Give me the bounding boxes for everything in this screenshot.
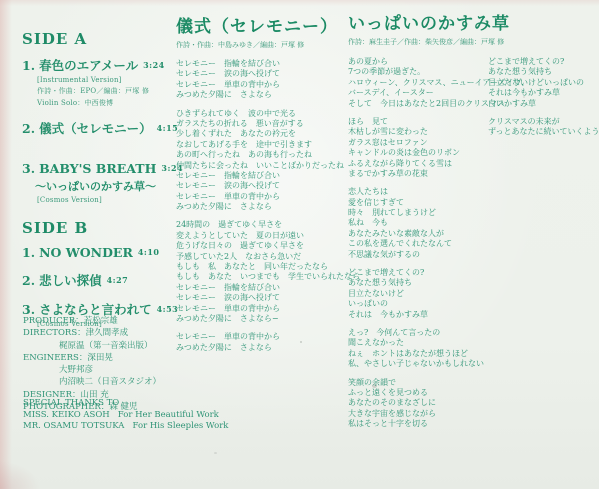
lyric-line: そして 今日はあなたと2回目のクリスマス — [348, 99, 493, 109]
lyric-line: あなた想う気持ち — [488, 67, 599, 77]
lyric-line: それは今もかすみ草 — [488, 88, 599, 98]
lyric-line: 変えようとしていた 夏の日が遠い — [176, 231, 348, 241]
special-thanks: SPECIAL THANKS TOMISS. KEIKO ASOH For He… — [23, 398, 253, 433]
song-ceremony-credit: 作詩・作曲：中島みゆき／編曲：戸塚 修 — [176, 40, 348, 50]
lyric-line: なおしてあげる手を 途中で引きます — [176, 140, 348, 150]
track-time: 4:53 — [157, 304, 179, 314]
track-item: 1.春色のエアメール3:24 — [22, 56, 174, 74]
lyric-line: 予感していた2人 なおさら急いだ — [176, 252, 348, 262]
lyric-line: 愛を信じすぎて — [348, 198, 493, 208]
lyric-line — [348, 320, 493, 328]
scan-edge-tint-top — [0, 0, 599, 6]
lyric-line: あの夏から — [348, 57, 493, 67]
lyric-line: えっ? 今何んて言ったの — [348, 328, 493, 338]
lyric-line: ふっと遠くを見つめる — [348, 388, 493, 398]
lyric-line: ハロウィーン、クリスマス、ニューイアーズイヴ、 — [348, 78, 493, 88]
credit-role: DIRECTORS： — [23, 328, 86, 338]
side-a-heading: SIDE A — [22, 30, 174, 48]
track-number: 2. — [22, 273, 35, 288]
track-item: 1.NO WONDER4:10 — [22, 245, 174, 260]
lyric-line: セレモニー 単車の背中から — [176, 332, 348, 342]
track-title: BABY'S BREATH — [39, 161, 156, 176]
side-b-heading: SIDE B — [22, 219, 174, 237]
track-version-note: [Cosmos Version] — [37, 196, 174, 204]
special-thanks-line: MISS. KEIKO ASOH For Her Beautiful Work — [23, 410, 253, 422]
track-number: 1. — [22, 58, 35, 73]
lyric-line: セレモニー 涙の海へ投げて — [176, 69, 348, 79]
song-ceremony-lyrics: セレモニー 指輪を結び合いセレモニー 涙の海へ投げてセレモニー 単車の背中からみ… — [176, 59, 348, 353]
song-kasumi-title: いっぱいのかすみ草 — [348, 9, 598, 34]
lyric-line — [176, 101, 348, 109]
song-ceremony: 儀式（セレモニー） 作詩・作曲：中島みゆき／編曲：戸塚 修 セレモニー 指輪を結… — [176, 12, 348, 353]
track-title: 儀式（セレモニー） — [39, 121, 152, 136]
lyric-line: みつめた夕陽に さよなら− — [176, 314, 348, 324]
tracklist: SIDE A 1.春色のエアメール3:24 [Instrumental Vers… — [22, 30, 174, 328]
song-ceremony-title: 儀式（セレモニー） — [176, 12, 348, 37]
lyric-line: 私、やさしい子じゃないかもしれない — [348, 359, 493, 369]
lyric-line: あなた想う気持ち — [348, 278, 493, 288]
track-item: 2.悲しい探偵4:27 — [22, 271, 174, 289]
credit-name: 津久間孝成 — [86, 328, 129, 338]
lyric-line: ほら 見て — [348, 117, 493, 127]
track-time: 3:24 — [143, 60, 165, 70]
lyric-line: 恋人たちは — [348, 187, 493, 197]
lyric-line: 白いかすみ草 — [488, 99, 599, 109]
track-time: 4:27 — [107, 275, 129, 285]
lyric-line — [348, 370, 493, 378]
lyric-line: ふるえながら降りてくる雪は — [348, 159, 493, 169]
lyric-line: ガラス窓はセロファン — [348, 138, 493, 148]
track-item: 3.BABY'S BREATH3:24 — [22, 161, 174, 176]
track-title: 春色のエアメール — [39, 58, 138, 73]
scan-corner-tint — [0, 461, 40, 489]
credit-name: 深田晃 — [87, 353, 113, 363]
lyric-line: どこまで増えてくの? — [488, 57, 599, 67]
lyric-line: もしも 私 あなたと 同い年だったなら — [176, 262, 348, 272]
lyric-line: セレモニー 単車の背中から — [176, 80, 348, 90]
lyric-line: セレモニー 涙の海へ投げて — [176, 293, 348, 303]
credit-line: ENGINEERS：深田晃 — [23, 352, 213, 364]
lyric-line: 仲間たちに会ったね いいことばかりだったね — [176, 161, 348, 171]
lyric-line: ずっとあなたに続いていくように — [488, 127, 599, 137]
song-kasumi: いっぱいのかすみ草 作詩：麻生圭子／作曲：柴矢俊彦／編曲：戸塚 修 あの夏から7… — [348, 9, 598, 57]
lyric-line: 私ね 今も — [348, 218, 493, 228]
lyric-line: 聞こえなかった — [348, 338, 493, 348]
scan-speck — [214, 452, 217, 454]
lyric-line: みつめた夕陽に さよなら — [176, 202, 348, 212]
lyric-line: どこまで増えてくの? — [348, 268, 493, 278]
lyric-line: それは 今もかすみ草 — [348, 310, 493, 320]
lyric-line: 7つの季節が過ぎた。 — [348, 67, 493, 77]
track-time: 4:15 — [157, 123, 179, 133]
lyric-line: 目立たないけどいっぱいの — [488, 78, 599, 88]
lyric-line: セレモニー 単車の背中から — [176, 192, 348, 202]
track-writer-credit: 作詩・作曲：EPO／編曲：戸塚 修 — [37, 86, 174, 96]
lyric-line: 木枯しが雪に変わった — [348, 127, 493, 137]
credit-line: 大野邦彦 — [23, 364, 213, 376]
track-number: 1. — [22, 245, 35, 260]
special-thanks-line: MR. OSAMU TOTSUKA For His Sleeples Work — [23, 421, 253, 433]
lyric-line: バースデイ、イースター — [348, 88, 493, 98]
track-title: 悲しい探偵 — [39, 273, 102, 288]
lyric-line: セレモニー 指輪を結び合い — [176, 59, 348, 69]
credit-name: 大野邦彦 — [59, 365, 93, 375]
credit-name: 内沼映二（日音スタジオ） — [59, 377, 161, 387]
track-title: NO WONDER — [39, 245, 133, 260]
lyric-line: もしも あなた いつまでも 学生でいられたなら — [176, 272, 348, 282]
lyric-line: みつめた夕陽に さよなら — [176, 343, 348, 353]
lyric-line: まるでかすみ草の花束 — [348, 169, 493, 179]
lyric-line: 不思議な気がするの — [348, 250, 493, 260]
lyric-line: 少し着くずれた あなたの衿元を — [176, 129, 348, 139]
song-kasumi-lyrics-right: どこまで増えてくの?あなた想う気持ち目立たないけどいっぱいのそれは今もかすみ草白… — [488, 57, 599, 138]
lyric-line: この私を選んでくれたなんて — [348, 239, 493, 249]
credit-role: PRODUCER： — [23, 316, 84, 326]
lyric-line: クリスマスの未来が — [488, 117, 599, 127]
track-time: 4:10 — [138, 247, 160, 257]
track-subtitle: 〜いっぱいのかすみ草〜 — [35, 178, 174, 194]
scan-edge-tint — [0, 0, 12, 489]
credit-role: ENGINEERS： — [23, 353, 87, 363]
lyric-line — [348, 109, 493, 117]
credit-name: 若松宗雄 — [84, 316, 118, 326]
track-item: 2.儀式（セレモニー）4:15 — [22, 119, 174, 137]
lyric-line: いっぱいの — [348, 299, 493, 309]
lyric-line: セレモニー 涙の海へ投げて — [176, 181, 348, 191]
lyric-line: セレモニー 指輪を結び合い — [176, 171, 348, 181]
lyric-line: あなたのそのまなざしに — [348, 398, 493, 408]
lyric-line — [348, 260, 493, 268]
lyric-line: 目立たないけど — [348, 289, 493, 299]
song-kasumi-lyrics-left: あの夏から7つの季節が過ぎた。ハロウィーン、クリスマス、ニューイアーズイヴ、バー… — [348, 57, 493, 430]
lyric-line: 私はそっと十字を切る — [348, 419, 493, 429]
lyric-line: 笑顔の余韻で — [348, 378, 493, 388]
lyric-line: 24時間の 過ぎてゆく早さを — [176, 220, 348, 230]
lyric-line: 大きな宇宙を感じながら — [348, 409, 493, 419]
lyric-line: セレモニー 単車の背中から — [176, 304, 348, 314]
credit-line: 内沼映二（日音スタジオ） — [23, 376, 213, 388]
special-thanks-line: SPECIAL THANKS TO — [23, 398, 253, 410]
lyric-line: みつめた夕陽に さよなら — [176, 90, 348, 100]
lyric-line: ひきずられてゆく 波の中で光る — [176, 109, 348, 119]
lyric-line: 危うげな日々の 過ぎてゆく早さを — [176, 241, 348, 251]
track-version-note: [Instrumental Version] — [37, 76, 174, 84]
lyric-line: あの町へ行ったね あの海も行ったね — [176, 150, 348, 160]
lyric-line: ガラスたちの折れる 悪い音がする — [176, 119, 348, 129]
song-kasumi-credit: 作詩：麻生圭子／作曲：柴矢俊彦／編曲：戸塚 修 — [348, 37, 598, 47]
lyric-line: 時々 別れてしまうけど — [348, 208, 493, 218]
track-violin-credit: Violin Solo：中西俊博 — [37, 98, 174, 108]
lyric-line: キャンドルの炎は金色のリボン — [348, 148, 493, 158]
lyric-line — [488, 109, 599, 117]
track-number: 3. — [22, 161, 35, 176]
lyric-line: あなたみたいな素敵な人が — [348, 229, 493, 239]
credit-name: 梶原温（第一音楽出版） — [59, 341, 153, 351]
track-number: 2. — [22, 121, 35, 136]
lyric-line: ねぇ ホントはあなたが想うほど — [348, 349, 493, 359]
liner-notes-page: SIDE A 1.春色のエアメール3:24 [Instrumental Vers… — [0, 0, 599, 489]
lyric-line: セレモニー 指輪を結び合い — [176, 283, 348, 293]
